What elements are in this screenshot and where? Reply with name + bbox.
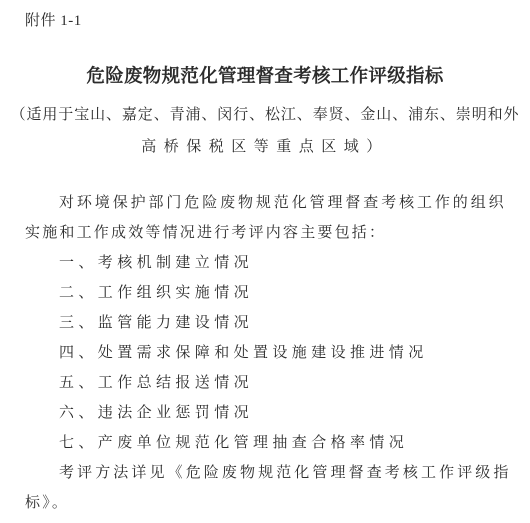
list-item: 一、考核机制建立情况 (25, 248, 505, 278)
subtitle-line: 高桥保税区等重点区域） (10, 131, 520, 163)
list-item: 七、产废单位规范化管理抽查合格率情况 (25, 428, 505, 458)
list-item: 三、监管能力建设情况 (25, 308, 505, 338)
list-item: 五、工作总结报送情况 (25, 368, 505, 398)
intro-paragraph-line: 对环境保护部门危险废物规范化管理督查考核工作的组织 (25, 188, 505, 218)
subtitle-line: （适用于宝山、嘉定、青浦、闵行、松江、奉贤、金山、浦东、崇明和外 (10, 99, 520, 131)
closing-paragraph-line: 考评方法详见《危险废物规范化管理督查考核工作评级指 (25, 458, 505, 488)
document-page: 附件 1-1 危险废物规范化管理督查考核工作评级指标 （适用于宝山、嘉定、青浦、… (0, 0, 530, 523)
document-title: 危险废物规范化管理督查考核工作评级指标 (0, 64, 530, 90)
intro-paragraph-line: 实施和工作成效等情况进行考评内容主要包括： (25, 218, 505, 248)
document-body: 对环境保护部门危险废物规范化管理督查考核工作的组织 实施和工作成效等情况进行考评… (25, 188, 505, 518)
attachment-label: 附件 1-1 (25, 10, 82, 32)
document-subtitle: （适用于宝山、嘉定、青浦、闵行、松江、奉贤、金山、浦东、崇明和外 高桥保税区等重… (10, 99, 520, 163)
list-item: 六、违法企业惩罚情况 (25, 398, 505, 428)
list-item: 二、工作组织实施情况 (25, 278, 505, 308)
list-item: 四、处置需求保障和处置设施建设推进情况 (25, 338, 505, 368)
closing-paragraph-line: 标》。 (25, 488, 505, 518)
